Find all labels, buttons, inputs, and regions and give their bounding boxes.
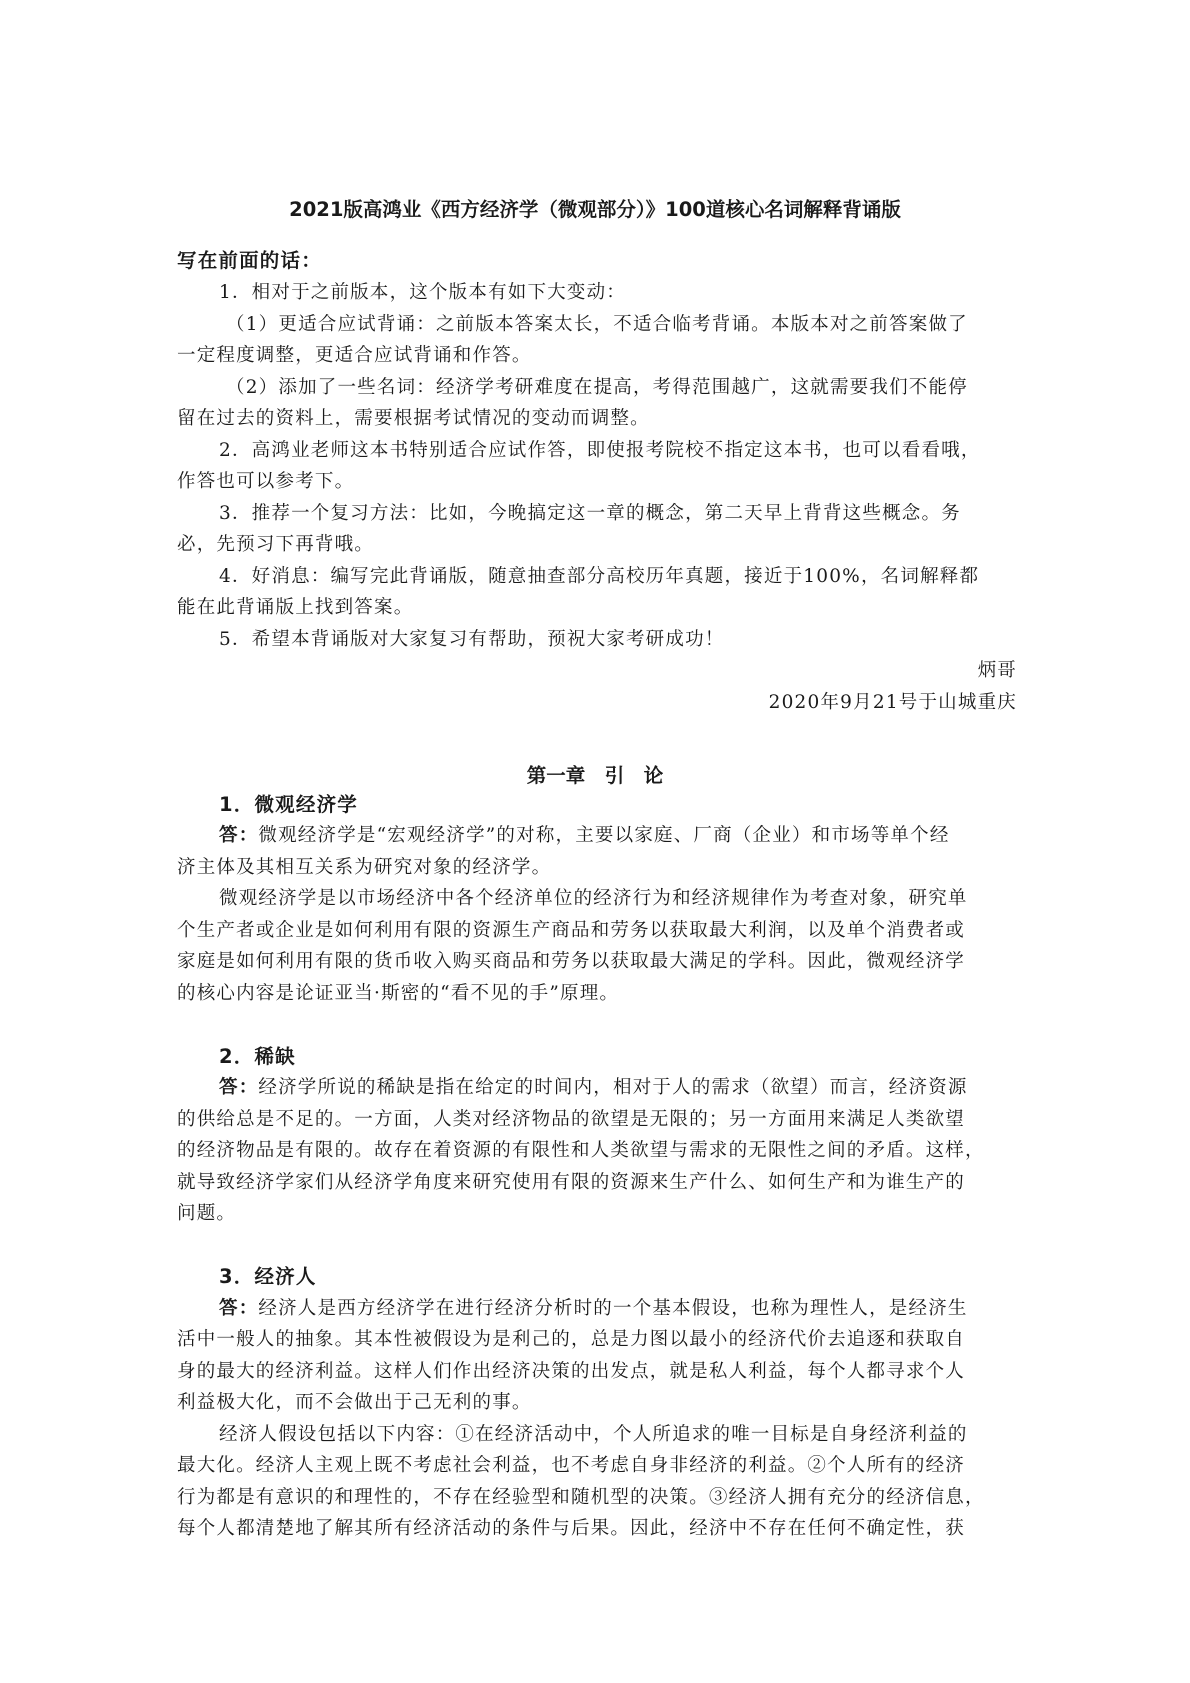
preface-line: （2）添加了一些名词：经济学考研难度在提高，考得范围越广，这就需要我们不能停	[226, 375, 1066, 401]
preface-line: 必，先预习下再背哦。	[177, 532, 1017, 558]
term-answer-line: 答：经济人是西方经济学在进行经济分析时的一个基本假设，也称为理性人，是经济生	[219, 1296, 1019, 1322]
term-answer-line: 济主体及其相互关系为研究对象的经济学。	[177, 855, 1017, 881]
answer-label: 答：	[219, 1298, 258, 1319]
term-answer-line: 身的最大的经济利益。这样人们作出经济决策的出发点，就是私人利益，每个人都寻求个人	[177, 1359, 1017, 1385]
document-page: 2021版高鸿业《西方经济学（微观部分）》100道核心名词解释背诵版 写在前面的…	[0, 0, 1190, 1683]
term-answer-line: 就导致经济学家们从经济学角度来研究使用有限的资源来生产什么、如何生产和为谁生产的	[177, 1170, 1017, 1196]
term-answer-line: 的供给总是不足的。一方面，人类对经济物品的欲望是无限的；另一方面用来满足人类欲望	[177, 1107, 1017, 1133]
term-answer-line: 经济人假设包括以下内容：①在经济活动中，个人所追求的唯一目标是自身经济利益的	[219, 1422, 1019, 1448]
term-answer-line: 答：经济学所说的稀缺是指在给定的时间内，相对于人的需求（欲望）而言，经济资源	[219, 1075, 1019, 1101]
term-answer-line: 活中一般人的抽象。其本性被假设为是利己的，总是力图以最小的经济代价去追逐和获取自	[177, 1327, 1017, 1353]
term-answer-line: 行为都是有意识的和理性的，不存在经验型和随机型的决策。③经济人拥有充分的经济信息…	[177, 1485, 1017, 1511]
preface-line: （1）更适合应试背诵：之前版本答案太长，不适合临考背诵。本版本对之前答案做了	[226, 312, 1066, 338]
term-heading: 1．微观经济学	[219, 792, 1019, 818]
preface-line: 作答也可以参考下。	[177, 469, 1017, 495]
term-answer-line: 的核心内容是论证亚当·斯密的“看不见的手”原理。	[177, 981, 1017, 1007]
term-answer-line: 问题。	[177, 1201, 1017, 1227]
preface-line: 2．高鸿业老师这本书特别适合应试作答，即使报考院校不指定这本书，也可以看看哦，	[219, 438, 1019, 464]
preface-line: 能在此背诵版上找到答案。	[177, 595, 1017, 621]
term-answer-line: 个生产者或企业是如何利用有限的资源生产商品和劳务以获取最大利润，以及单个消费者或	[177, 918, 1017, 944]
term-answer-line: 微观经济学是以市场经济中各个经济单位的经济行为和经济规律作为考查对象，研究单	[219, 886, 1019, 912]
preface-line: 留在过去的资料上，需要根据考试情况的变动而调整。	[177, 406, 1017, 432]
answer-text: 微观经济学是“宏观经济学”的对称，主要以家庭、厂商（企业）和市场等单个经	[258, 825, 949, 846]
term-answer-line: 最大化。经济人主观上既不考虑社会利益，也不考虑自身非经济的利益。②个人所有的经济	[177, 1453, 1017, 1479]
preface-signature: 炳哥	[177, 658, 1017, 684]
preface-line: 5．希望本背诵版对大家复习有帮助，预祝大家考研成功！	[219, 627, 1019, 653]
answer-text: 经济学所说的稀缺是指在给定的时间内，相对于人的需求（欲望）而言，经济资源	[258, 1077, 967, 1098]
preface-line: 1．相对于之前版本，这个版本有如下大变动：	[219, 280, 1019, 306]
answer-label: 答：	[219, 825, 258, 846]
term-heading: 3．经济人	[219, 1264, 1019, 1290]
answer-text: 经济人是西方经济学在进行经济分析时的一个基本假设，也称为理性人，是经济生	[258, 1298, 967, 1319]
chapter-title: 第一章 引 论	[0, 760, 1190, 788]
preface-line: 3．推荐一个复习方法：比如，今晚搞定这一章的概念，第二天早上背背这些概念。务	[219, 501, 1019, 527]
preface-line: 4．好消息：编写完此背诵版，随意抽查部分高校历年真题，接近于100%，名词解释都	[219, 564, 1019, 590]
document-title: 2021版高鸿业《西方经济学（微观部分）》100道核心名词解释背诵版	[0, 194, 1190, 222]
term-answer-line: 每个人都清楚地了解其所有经济活动的条件与后果。因此，经济中不存在任何不确定性，获	[177, 1516, 1017, 1542]
term-answer-line: 利益极大化，而不会做出于己无利的事。	[177, 1390, 1017, 1416]
preface-heading: 写在前面的话：	[177, 248, 1017, 274]
term-answer-line: 答：微观经济学是“宏观经济学”的对称，主要以家庭、厂商（企业）和市场等单个经	[219, 823, 1019, 849]
preface-line: 一定程度调整，更适合应试背诵和作答。	[177, 343, 1017, 369]
term-heading: 2．稀缺	[219, 1044, 1019, 1070]
preface-date: 2020年9月21号于山城重庆	[177, 690, 1017, 716]
term-answer-line: 的经济物品是有限的。故存在着资源的有限性和人类欲望与需求的无限性之间的矛盾。这样…	[177, 1138, 1017, 1164]
term-answer-line: 家庭是如何利用有限的货币收入购买商品和劳务以获取最大满足的学科。因此，微观经济学	[177, 949, 1017, 975]
answer-label: 答：	[219, 1077, 258, 1098]
